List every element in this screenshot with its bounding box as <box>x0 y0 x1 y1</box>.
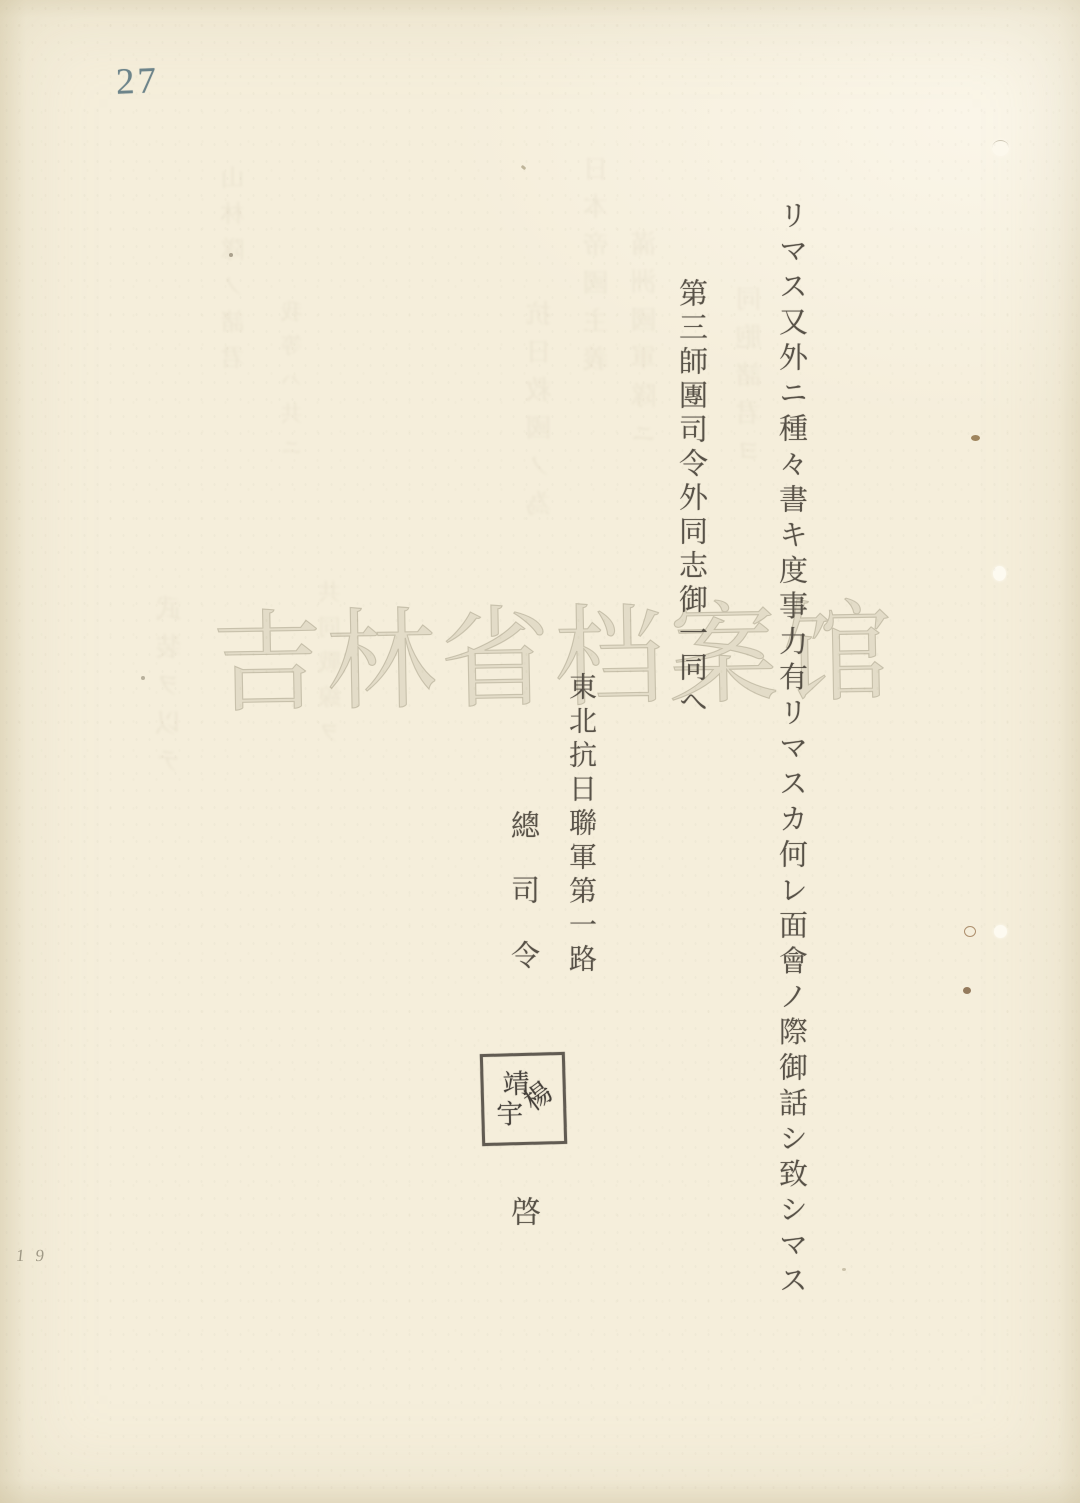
paper-grain-texture <box>0 0 1080 1503</box>
letter-closing: 啓 <box>507 1196 537 1226</box>
seal-character: 宇 <box>496 1101 524 1129</box>
paper-speck <box>963 987 971 994</box>
name-seal-yang-jingyu: 靖 宇 楊 <box>480 1052 567 1146</box>
paper-spot <box>993 566 1006 581</box>
bleedthrough-column: 我等ハ共ニ <box>282 300 304 470</box>
bleedthrough-column: 日本帝國主義 <box>585 155 611 383</box>
paper-speck <box>141 676 145 680</box>
paper-spot <box>992 140 1009 156</box>
paper-spot <box>994 925 1007 938</box>
paper-speck <box>971 435 980 441</box>
letter-address-column: 第三師團司令外同志御一同へ <box>676 278 705 720</box>
paper-speck <box>964 926 976 937</box>
paper-speck <box>521 165 527 171</box>
letter-body-column: リマス又外ニ種々書キ度事力有リマスカ何レ面會ノ際御話シ致シマス <box>776 200 805 1301</box>
bleedthrough-column: 同胞諸君ヨ <box>738 285 764 475</box>
corner-mark: 19 <box>15 1246 56 1266</box>
bleedthrough-column: 山林隊ノ諸君 <box>224 165 248 381</box>
archival-document-page: 山林隊ノ諸君 我等ハ共ニ 抗日救國ノ為 日本帝國主義 滿洲國軍隊ニ 同胞諸君ヨ … <box>0 0 1080 1503</box>
bleedthrough-column: 滿洲國軍隊ニ <box>633 230 659 458</box>
bleedthrough-column: 武装ヲ以テ <box>158 595 184 785</box>
signature-organization: 東北抗日聯軍第一路 <box>566 672 594 978</box>
bleedthrough-column: 抗日救國ノ為 <box>528 300 554 528</box>
signature-title: 總司令 <box>508 810 537 1005</box>
bleedthrough-column: 共同戰線ヲ <box>320 580 343 755</box>
paper-speck <box>842 1268 846 1271</box>
page-number: 27 <box>115 59 159 103</box>
paper-speck <box>229 253 233 257</box>
